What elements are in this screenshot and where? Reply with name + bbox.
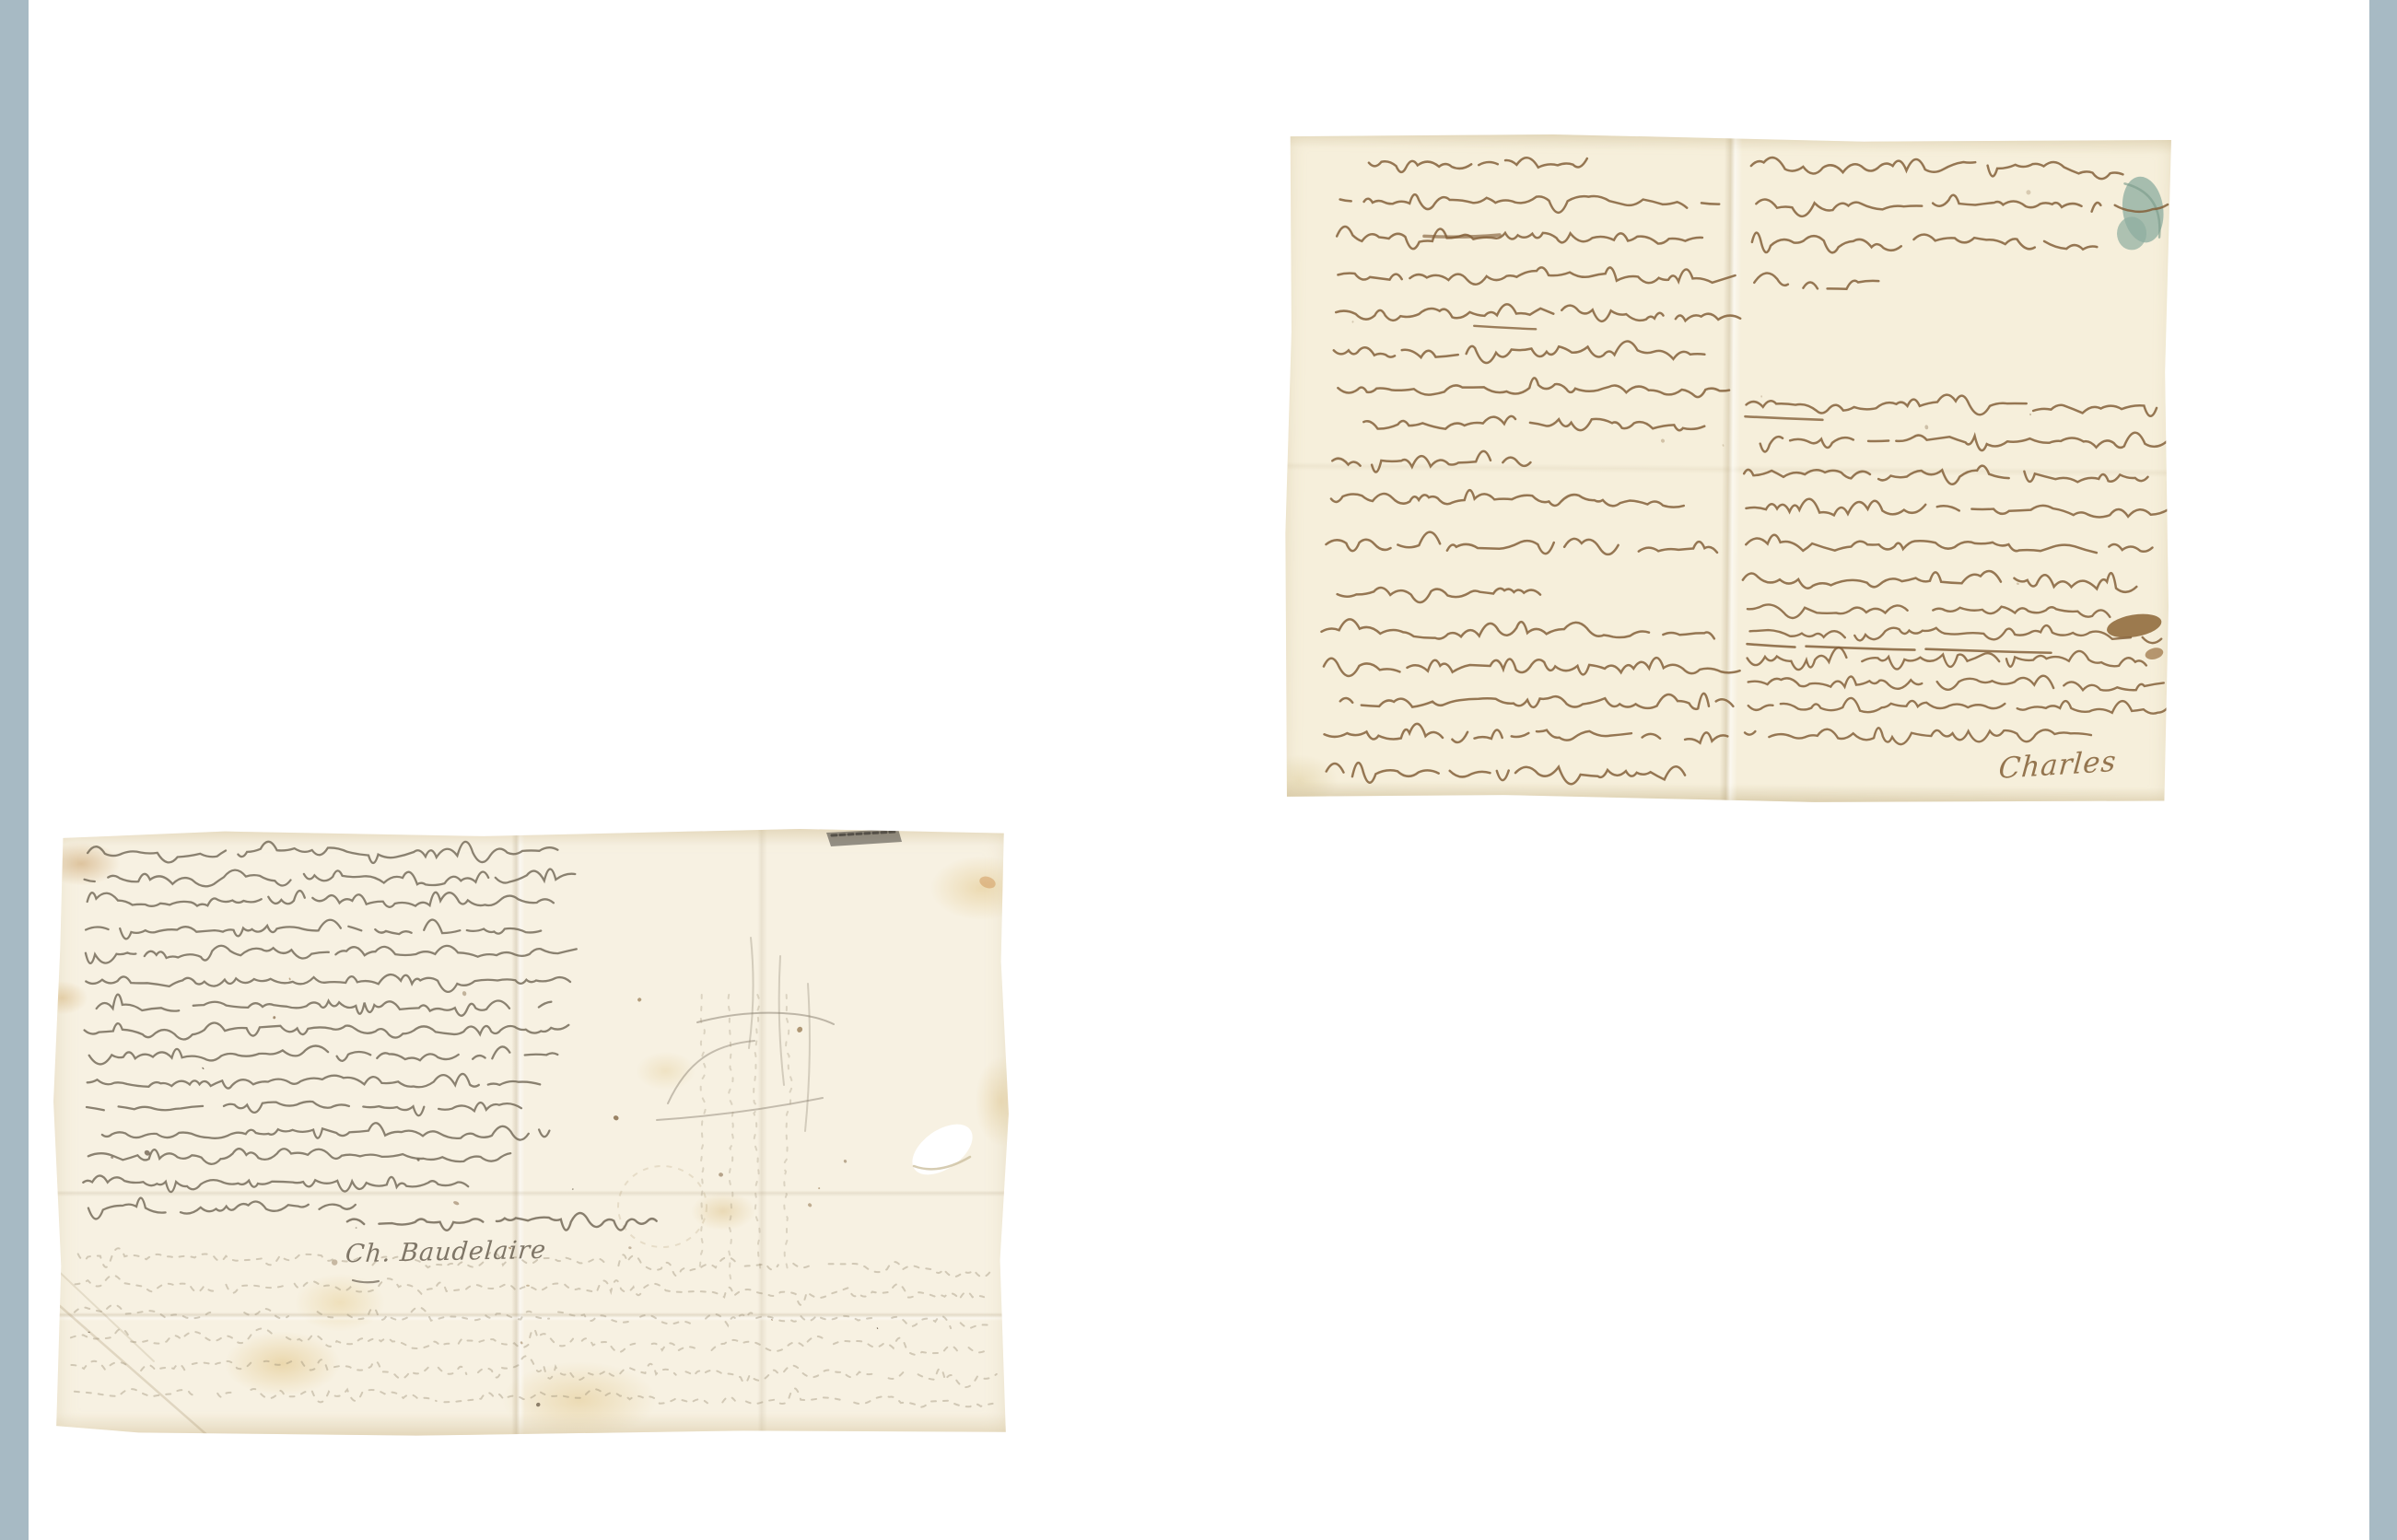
handwriting-artwork-letter1 — [53, 827, 1011, 1437]
signature-ch-baudelaire: Ch. Baudelaire — [345, 1236, 548, 1269]
handwriting-artwork-letter2 — [1281, 131, 2175, 808]
left-margin-strip — [0, 0, 29, 1540]
right-margin-strip — [2369, 0, 2397, 1540]
page-canvas: Ch. Baudelaire Charles — [0, 0, 2397, 1540]
manuscript-photo-baudelaire-letter: Ch. Baudelaire — [53, 827, 1011, 1437]
manuscript-photo-charles-bifolium: Charles — [1281, 131, 2175, 808]
